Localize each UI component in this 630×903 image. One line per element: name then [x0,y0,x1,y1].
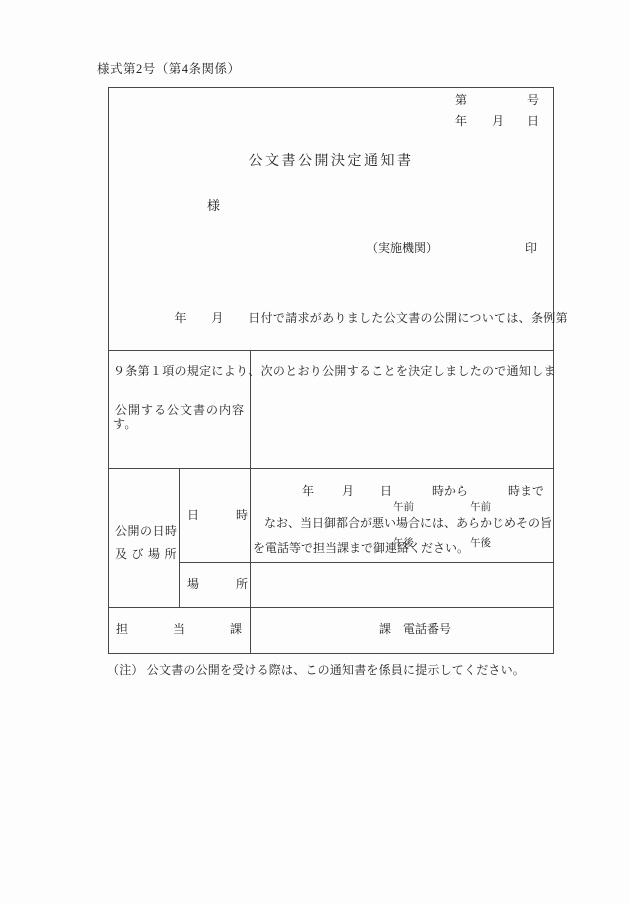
dt-year-label: 年 [302,484,314,498]
dt-day-label: 日 [380,484,392,498]
am-label-start: 午前 [393,502,414,514]
header-year-label: 年 [455,114,467,128]
document-page: 様式第2号（第4条関係） 第 号 年 月 日 公文書公開決定通知書 様 （実施機… [0,0,630,903]
staff-row-label-char2: 当 [173,622,185,636]
datetime-row-label-right: 時 [236,508,248,522]
staff-row-label-char1: 担 [116,622,128,636]
header-month-label: 月 [492,114,504,128]
place-row-label-right: 所 [236,577,248,591]
body-paragraph: 年 月 日付で請求がありました公文書の公開については、条例第 ９条第１項の規定に… [113,283,557,470]
staff-contact-label: 課 電話番号 [379,622,451,636]
body-line-3: す。 [113,417,557,442]
body-line-2: ９条第１項の規定により、次のとおり公開することを決定しましたので通知しま [113,364,557,389]
doc-number-prefix: 第 [455,93,467,107]
pm-label-end: 午後 [470,538,491,550]
table-row-divider-3 [108,607,554,608]
content-row-label: 公開する公文書の内容 [115,403,245,417]
body-line-1: 年 月 日付で請求がありました公文書の公開については、条例第 [113,311,557,336]
addressee-honorific: 様 [207,199,220,213]
footnote: （注） 公文書の公開を受ける際は、この通知書を係員に提示してください。 [107,663,525,677]
issuer-label: （実施機関） [366,241,438,255]
staff-row-label-char3: 課 [230,622,242,636]
table-row-divider-2 [179,562,554,563]
am-label-end: 午前 [470,502,491,514]
header-day-label: 日 [527,114,539,128]
datetime-place-label-line1: 公開の日時 [115,524,178,538]
place-row-label-left: 場 [187,577,199,591]
doc-number-suffix: 号 [527,93,539,107]
seal-mark: 印 [525,241,537,255]
datetime-note-line2: を電話等で担当課まで御連絡ください。 [253,541,469,555]
datetime-note-line1: なお、当日御都合が悪い場合には、あらかじめその旨 [264,516,552,530]
datetime-place-label-line2: 及び場所 [115,547,181,561]
datetime-row-label-left: 日 [187,508,199,522]
dt-to-label: 時まで [508,484,544,498]
dt-from-label: 時から [432,484,468,498]
form-number-label: 様式第2号（第4条関係） [97,62,241,76]
document-title: 公文書公開決定通知書 [108,155,554,169]
dt-month-label: 月 [342,484,354,498]
table-subcolumn-divider [179,468,180,607]
